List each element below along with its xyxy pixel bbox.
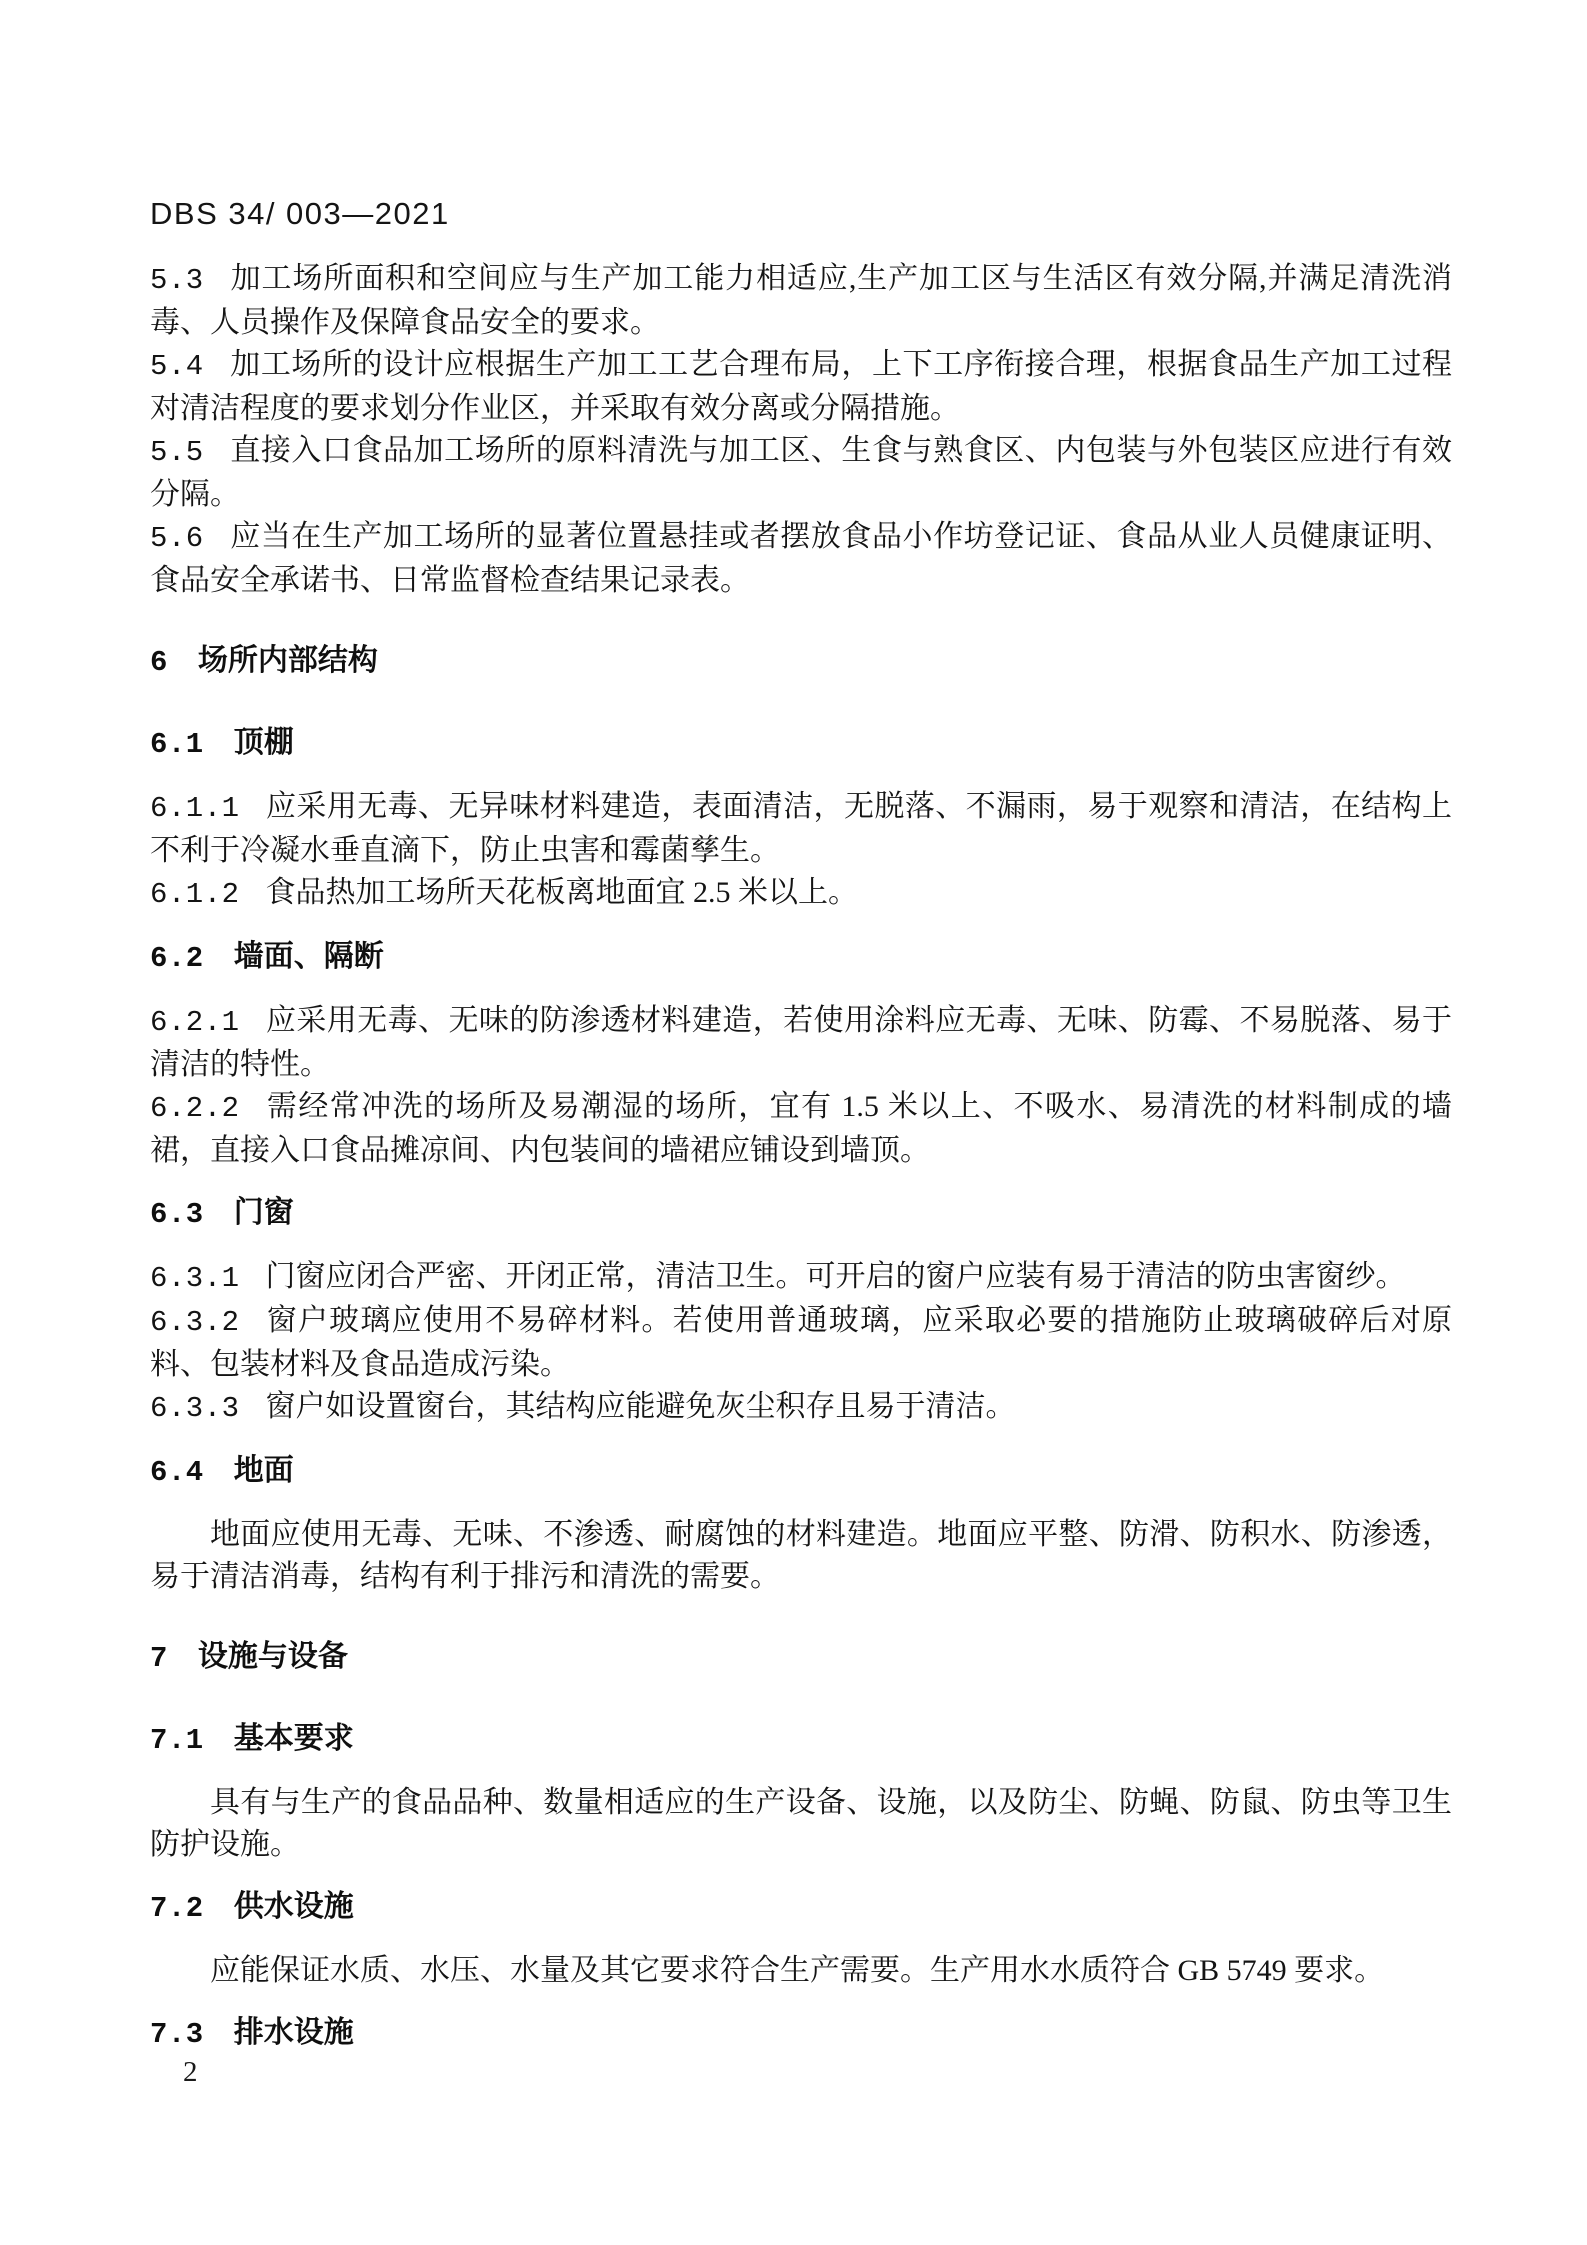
clause-6-1-1: 6.1.1应采用无毒、无异味材料建造，表面清洁，无脱落、不漏雨，易于观察和清洁，… — [150, 786, 1452, 872]
heading-7-2: 7.2供水设施 — [150, 1886, 1452, 1930]
clause-number: 6.1.1 — [150, 792, 240, 825]
clause-5-3: 5.3加工场所面积和空间应与生产加工能力相适应,生产加工区与生活区有效分隔,并满… — [150, 258, 1452, 344]
chapter-7-heading: 7设施与设备 — [150, 1636, 1452, 1680]
heading-number: 6.3 — [150, 1198, 204, 1231]
heading-number: 7.2 — [150, 1892, 204, 1925]
heading-6-3: 6.3门窗 — [150, 1192, 1452, 1236]
clause-6-2-1: 6.2.1应采用无毒、无味的防渗透材料建造，若使用涂料应无毒、无味、防霉、不易脱… — [150, 1000, 1452, 1086]
heading-number: 6.2 — [150, 942, 204, 975]
clause-6-3-1: 6.3.1门窗应闭合严密、开闭正常，清洁卫生。可开启的窗户应装有易于清洁的防虫害… — [150, 1256, 1452, 1300]
clause-number: 6.3.1 — [150, 1262, 240, 1295]
heading-title: 墙面、隔断 — [234, 940, 384, 973]
paragraph-7-2: 应能保证水质、水压、水量及其它要求符合生产需要。生产用水水质符合 GB 5749… — [150, 1950, 1452, 1992]
heading-number: 7.1 — [150, 1724, 204, 1757]
clause-number: 5.4 — [150, 350, 204, 383]
clause-text: 窗户玻璃应使用不易碎材料。若使用普通玻璃，应采取必要的措施防止玻璃破碎后对原料、… — [150, 1304, 1452, 1381]
heading-7-1: 7.1基本要求 — [150, 1718, 1452, 1762]
heading-title: 场所内部结构 — [198, 644, 378, 677]
heading-title: 设施与设备 — [198, 1640, 348, 1673]
clause-number: 5.5 — [150, 436, 204, 469]
clause-text: 应采用无毒、无异味材料建造，表面清洁，无脱落、不漏雨，易于观察和清洁，在结构上不… — [150, 790, 1452, 867]
section-5-clauses: 5.3加工场所面积和空间应与生产加工能力相适应,生产加工区与生活区有效分隔,并满… — [150, 258, 1452, 602]
clause-number: 5.3 — [150, 264, 204, 297]
clause-5-6: 5.6应当在生产加工场所的显著位置悬挂或者摆放食品小作坊登记证、食品从业人员健康… — [150, 516, 1452, 602]
clause-text: 窗户如设置窗台，其结构应能避免灰尘积存且易于清洁。 — [266, 1390, 1016, 1423]
clause-text: 加工场所面积和空间应与生产加工能力相适应,生产加工区与生活区有效分隔,并满足清洗… — [150, 262, 1452, 339]
clause-5-4: 5.4加工场所的设计应根据生产加工工艺合理布局，上下工序衔接合理，根据食品生产加… — [150, 344, 1452, 430]
heading-number: 7.3 — [150, 2018, 204, 2051]
heading-title: 门窗 — [234, 1196, 294, 1229]
heading-number: 6.1 — [150, 728, 204, 761]
heading-6-1: 6.1顶棚 — [150, 722, 1452, 766]
heading-title: 供水设施 — [234, 1890, 354, 1923]
document-number: DBS 34/ 003—2021 — [150, 196, 1452, 232]
heading-title: 地面 — [234, 1454, 294, 1487]
clause-text: 加工场所的设计应根据生产加工工艺合理布局，上下工序衔接合理，根据食品生产加工过程… — [150, 348, 1452, 425]
clause-text: 门窗应闭合严密、开闭正常，清洁卫生。可开启的窗户应装有易于清洁的防虫害窗纱。 — [266, 1260, 1406, 1293]
paragraph-6-4: 地面应使用无毒、无味、不渗透、耐腐蚀的材料建造。地面应平整、防滑、防积水、防渗透… — [150, 1514, 1452, 1598]
heading-6-4: 6.4地面 — [150, 1450, 1452, 1494]
clause-6-2-2: 6.2.2需经常冲洗的场所及易潮湿的场所，宜有 1.5 米以上、不吸水、易清洗的… — [150, 1086, 1452, 1172]
clause-6-3-2: 6.3.2窗户玻璃应使用不易碎材料。若使用普通玻璃，应采取必要的措施防止玻璃破碎… — [150, 1300, 1452, 1386]
clause-5-5: 5.5直接入口食品加工场所的原料清洗与加工区、生食与熟食区、内包装与外包装区应进… — [150, 430, 1452, 516]
page-number: 2 — [183, 2056, 198, 2089]
clause-text: 应采用无毒、无味的防渗透材料建造，若使用涂料应无毒、无味、防霉、不易脱落、易于清… — [150, 1004, 1452, 1081]
clause-6-3-3: 6.3.3窗户如设置窗台，其结构应能避免灰尘积存且易于清洁。 — [150, 1386, 1452, 1430]
clause-number: 6.1.2 — [150, 878, 240, 911]
document-content: DBS 34/ 003—2021 5.3加工场所面积和空间应与生产加工能力相适应… — [150, 0, 1452, 2076]
document-page: DBS 34/ 003—2021 5.3加工场所面积和空间应与生产加工能力相适应… — [0, 0, 1587, 2245]
heading-title: 顶棚 — [234, 726, 294, 759]
clause-6-1-2: 6.1.2食品热加工场所天花板离地面宜 2.5 米以上。 — [150, 872, 1452, 916]
paragraph-7-1: 具有与生产的食品品种、数量相适应的生产设备、设施，以及防尘、防蝇、防鼠、防虫等卫… — [150, 1782, 1452, 1866]
clause-text: 应当在生产加工场所的显著位置悬挂或者摆放食品小作坊登记证、食品从业人员健康证明、… — [150, 520, 1452, 597]
heading-title: 排水设施 — [234, 2016, 354, 2049]
clause-number: 5.6 — [150, 522, 204, 555]
clause-number: 6.2.2 — [150, 1092, 240, 1125]
heading-6-2: 6.2墙面、隔断 — [150, 936, 1452, 980]
heading-number: 6.4 — [150, 1456, 204, 1489]
clause-text: 需经常冲洗的场所及易潮湿的场所，宜有 1.5 米以上、不吸水、易清洗的材料制成的… — [150, 1090, 1452, 1167]
clause-number: 6.2.1 — [150, 1006, 240, 1039]
chapter-6-heading: 6场所内部结构 — [150, 640, 1452, 684]
heading-7-3: 7.3排水设施 — [150, 2012, 1452, 2056]
heading-number: 6 — [150, 646, 168, 679]
clause-number: 6.3.3 — [150, 1392, 240, 1425]
clause-text: 食品热加工场所天花板离地面宜 2.5 米以上。 — [266, 876, 859, 909]
clause-text: 直接入口食品加工场所的原料清洗与加工区、生食与熟食区、内包装与外包装区应进行有效… — [150, 434, 1452, 511]
heading-number: 7 — [150, 1642, 168, 1675]
clause-number: 6.3.2 — [150, 1306, 240, 1339]
heading-title: 基本要求 — [234, 1722, 354, 1755]
